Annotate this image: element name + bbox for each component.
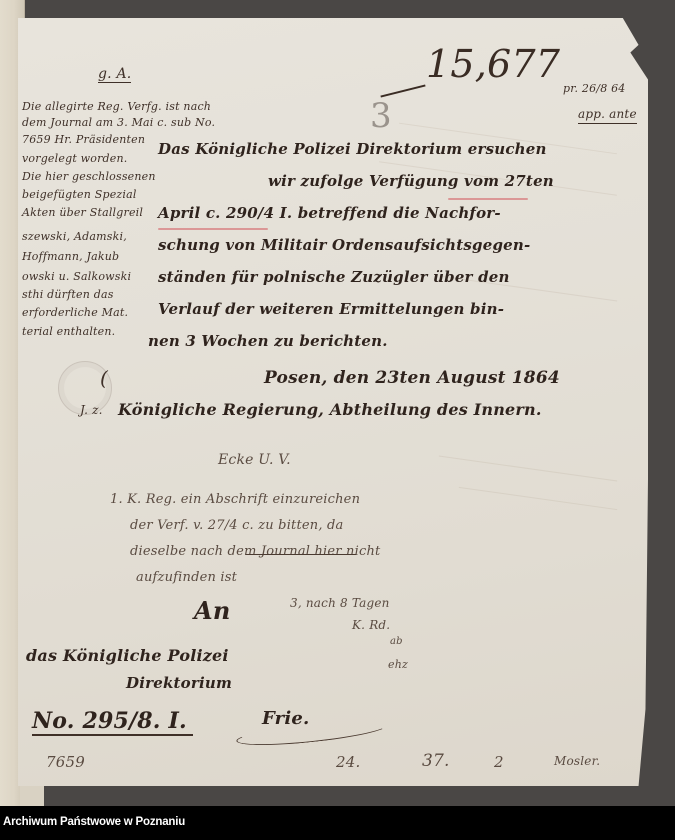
draft-note: dieselbe nach dem Journal hier nicht xyxy=(130,544,380,559)
pencil-mark: 3 xyxy=(370,96,392,136)
recipient-line: das Königliche Polizei xyxy=(26,646,229,665)
body-line: ständen für polnische Zuzügler über den xyxy=(158,268,510,286)
margin-note-line: sthi dürften das xyxy=(22,286,114,303)
dispatch-note: 3, nach 8 Tagen xyxy=(290,596,390,610)
dispatch-note: ab xyxy=(390,636,403,647)
margin-note-line: vorgelegt worden. xyxy=(22,150,127,167)
bottom-mark: Mosler. xyxy=(554,754,600,768)
bottom-mark: 37. xyxy=(422,751,450,771)
app-note: app. ante xyxy=(578,106,637,124)
initials: g. A. xyxy=(98,66,131,83)
side-mark: ( xyxy=(100,366,108,390)
bottom-mark: 2 xyxy=(494,753,504,771)
margin-note-line: terial enthalten. xyxy=(22,323,115,340)
body-line: wir zufolge Verfügung vom 27ten xyxy=(268,172,554,190)
body-line: Verlauf der weiteren Ermittelungen bin- xyxy=(158,300,504,318)
place-date: Posen, den 23ten August 1864 xyxy=(264,368,560,388)
body-line: Das Königliche Polizei Direktorium ersuc… xyxy=(158,140,547,158)
archive-name: Archiwum Państwowe w Poznaniu xyxy=(3,816,185,828)
journal-number: 7659 xyxy=(46,753,85,771)
reference-number: No. 295/8. I. xyxy=(32,708,193,736)
bottom-mark: 24. xyxy=(336,753,360,771)
margin-note-line: Akten über Stallgreil xyxy=(22,204,143,221)
draft-note: Ecke U. V. xyxy=(218,452,291,468)
salutation: An xyxy=(194,596,230,625)
draft-note: 1. K. Reg. ein Abschrift einzureichen xyxy=(110,492,360,507)
margin-note-line: szewski, Adamski, xyxy=(22,228,127,245)
recipient-line: Direktorium xyxy=(126,674,232,692)
margin-note-line: Die hier geschlossenen xyxy=(22,168,156,185)
margin-note-line: Hoffmann, Jakub xyxy=(22,248,119,265)
dispatch-note: ehz xyxy=(388,658,408,671)
manuscript-page: g. A. 3 15,677 pr. 26/8 64 app. ante Die… xyxy=(18,18,648,786)
body-line: schung von Militair Ordensaufsichtsgegen… xyxy=(158,236,530,254)
strikethrough xyxy=(246,554,356,555)
number-stroke xyxy=(380,84,425,97)
red-underline xyxy=(448,198,528,200)
draft-note: der Verf. v. 27/4 c. zu bitten, da xyxy=(130,518,344,533)
signature-flourish xyxy=(235,716,388,750)
draft-note: aufzufinden ist xyxy=(136,570,237,585)
margin-note-line: Die allegirte Reg. Verfg. ist nach xyxy=(22,98,211,115)
authority-prefix: J. z. xyxy=(80,402,103,419)
body-line: April c. 290/4 I. betreffend die Nachfor… xyxy=(158,204,501,222)
margin-note-line: owski u. Salkowski xyxy=(22,268,131,285)
archive-footer: Archiwum Państwowe w Poznaniu xyxy=(0,806,675,840)
margin-note-line: erforderliche Mat. xyxy=(22,304,128,321)
document-viewer: g. A. 3 15,677 pr. 26/8 64 app. ante Die… xyxy=(0,0,675,840)
margin-note-line: 7659 Hr. Präsidenten xyxy=(22,131,145,148)
red-underline xyxy=(158,228,268,230)
scan-image: g. A. 3 15,677 pr. 26/8 64 app. ante Die… xyxy=(0,0,675,806)
margin-note-line: dem Journal am 3. Mai c. sub No. xyxy=(22,114,215,131)
margin-note-line: beigefügten Spezial xyxy=(22,186,137,203)
dispatch-note: K. Rd. xyxy=(352,618,390,632)
body-line: nen 3 Wochen zu berichten. xyxy=(148,332,388,350)
authority-name: Königliche Regierung, Abtheilung des Inn… xyxy=(118,400,542,419)
pres-note: pr. 26/8 64 xyxy=(563,80,625,97)
document-number: 15,677 xyxy=(426,42,560,86)
